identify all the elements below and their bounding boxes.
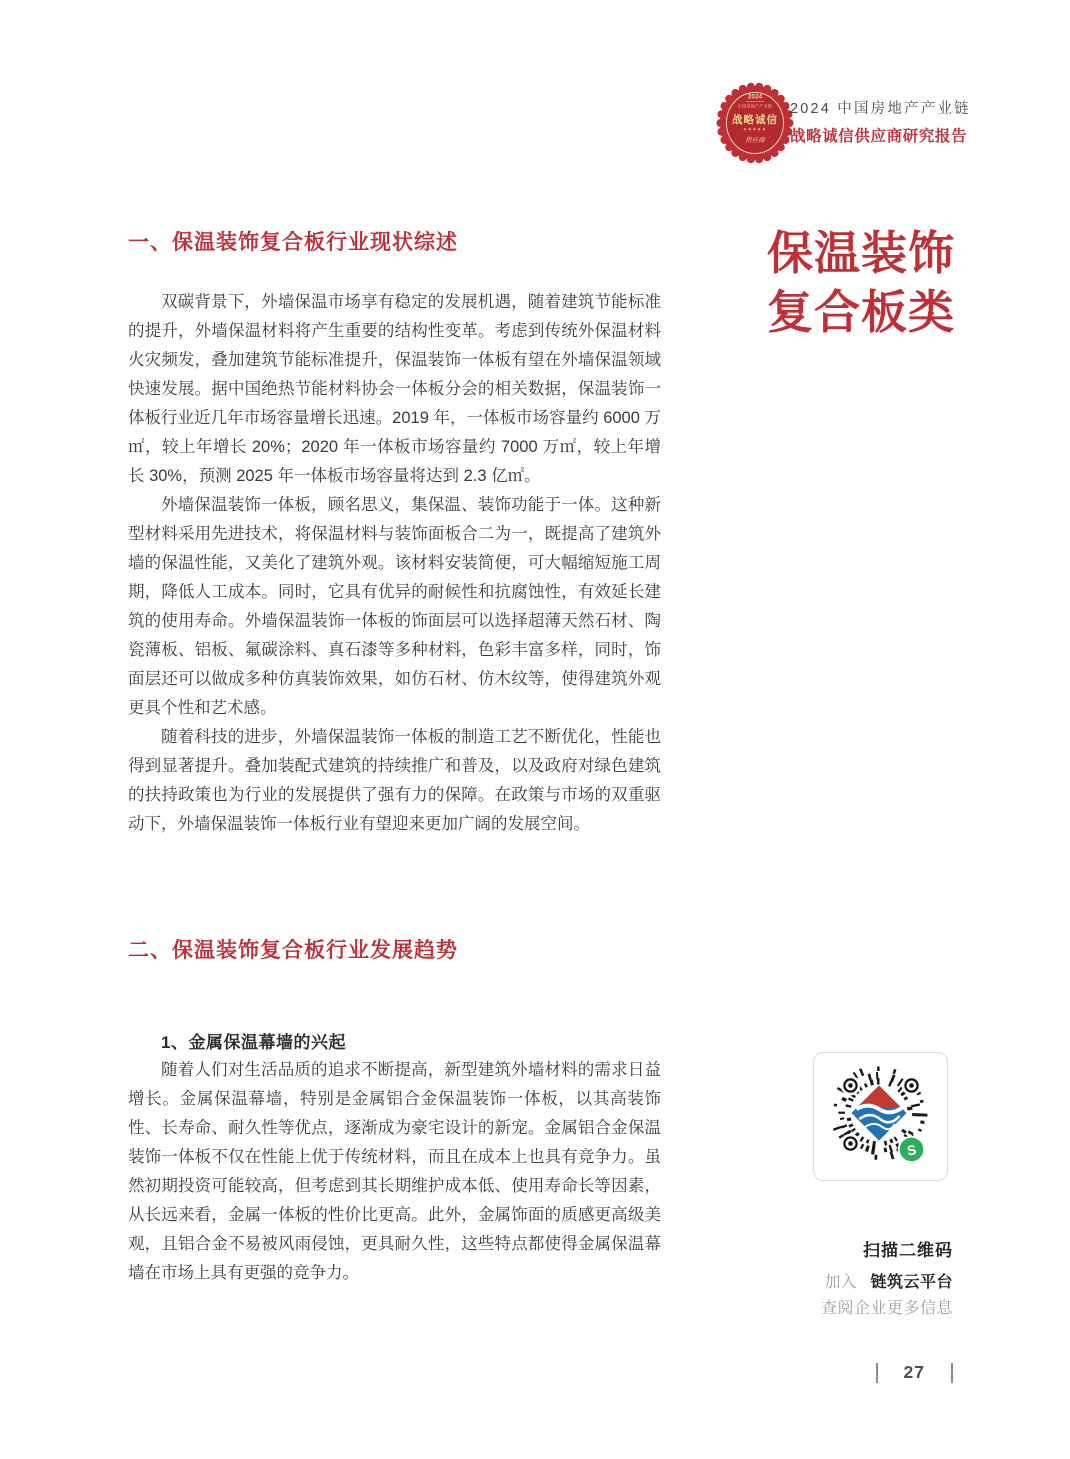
join-prefix: 加入 (824, 1274, 856, 1291)
seal-bottom-label: 供应商 (745, 136, 766, 144)
seal-year: 2024 (748, 94, 763, 101)
report-page: 2024 中国房地产产业链 战略诚信 ★★★★★ 供应商 2024 中国房地产产… (0, 0, 1070, 1459)
section-2-body: 随着人们对生活品质的追求不断提高，新型建筑外墙材料的需求日益增长。金属保温幕墙，… (128, 1056, 661, 1288)
report-title: 战略诚信供应商研究报告 (790, 124, 971, 146)
miniprogram-qr-code-icon: S (814, 1053, 947, 1180)
section-1-body: 双碳背景下，外墙保温市场享有稳定的发展机遇，随着建筑节能标准的提升，外墙保温材料… (128, 288, 661, 839)
qr-code-panel: S (813, 1052, 948, 1181)
platform-name: 链筑云平台 (870, 1274, 953, 1291)
qr-position-marker-icon (902, 1076, 922, 1096)
subsection-heading: 1、金属保温幕墙的兴起 (128, 1028, 346, 1053)
page-number: 27 (904, 1362, 925, 1383)
qr-subtext: 查阅企业更多信息 (821, 1295, 953, 1318)
paragraph-2: 外墙保温装饰一体板，顾名思义，集保温、装饰功能于一体。这种新型材料采用先进技术，… (128, 491, 661, 723)
seal-title: 战略诚信 (732, 113, 778, 126)
wechat-miniprogram-icon: S (898, 1136, 926, 1164)
section-1-heading: 一、保温装饰复合板行业现状综述 (128, 228, 458, 258)
certification-seal-icon: 2024 中国房地产产业链 战略诚信 ★★★★★ 供应商 (716, 80, 794, 166)
seal-stars: ★★★★★ (743, 127, 767, 132)
footer-divider (951, 1363, 953, 1383)
footer-divider (876, 1363, 878, 1383)
paragraph-1: 双碳背景下，外墙保温市场享有稳定的发展机遇，随着建筑节能标准的提升，外墙保温材料… (128, 288, 661, 491)
qr-join-line: 加入链筑云平台 (824, 1269, 953, 1292)
page-footer: 27 (876, 1362, 953, 1383)
seal-org: 中国房地产产业链 (738, 104, 772, 109)
paragraph-4: 随着人们对生活品质的追求不断提高，新型建筑外墙材料的需求日益增长。金属保温幕墙，… (128, 1056, 661, 1288)
category-title-line2: 复合板类 (767, 283, 955, 342)
category-title-line1: 保温装饰 (767, 224, 955, 283)
qr-caption: 扫描二维码 (863, 1236, 953, 1261)
report-series-title: 2024 中国房地产产业链 (790, 97, 971, 118)
page-header: 2024 中国房地产产业链 战略诚信供应商研究报告 (790, 97, 971, 146)
company-logo-icon (850, 1085, 907, 1142)
qr-position-marker-icon (841, 1134, 861, 1154)
paragraph-3: 随着科技的进步，外墙保温装饰一体板的制造工艺不断优化，性能也得到显著提升。叠加装… (128, 723, 661, 839)
section-2-heading: 二、保温装饰复合板行业发展趋势 (128, 936, 458, 966)
category-title: 保温装饰 复合板类 (767, 224, 955, 342)
qr-position-marker-icon (841, 1076, 861, 1096)
